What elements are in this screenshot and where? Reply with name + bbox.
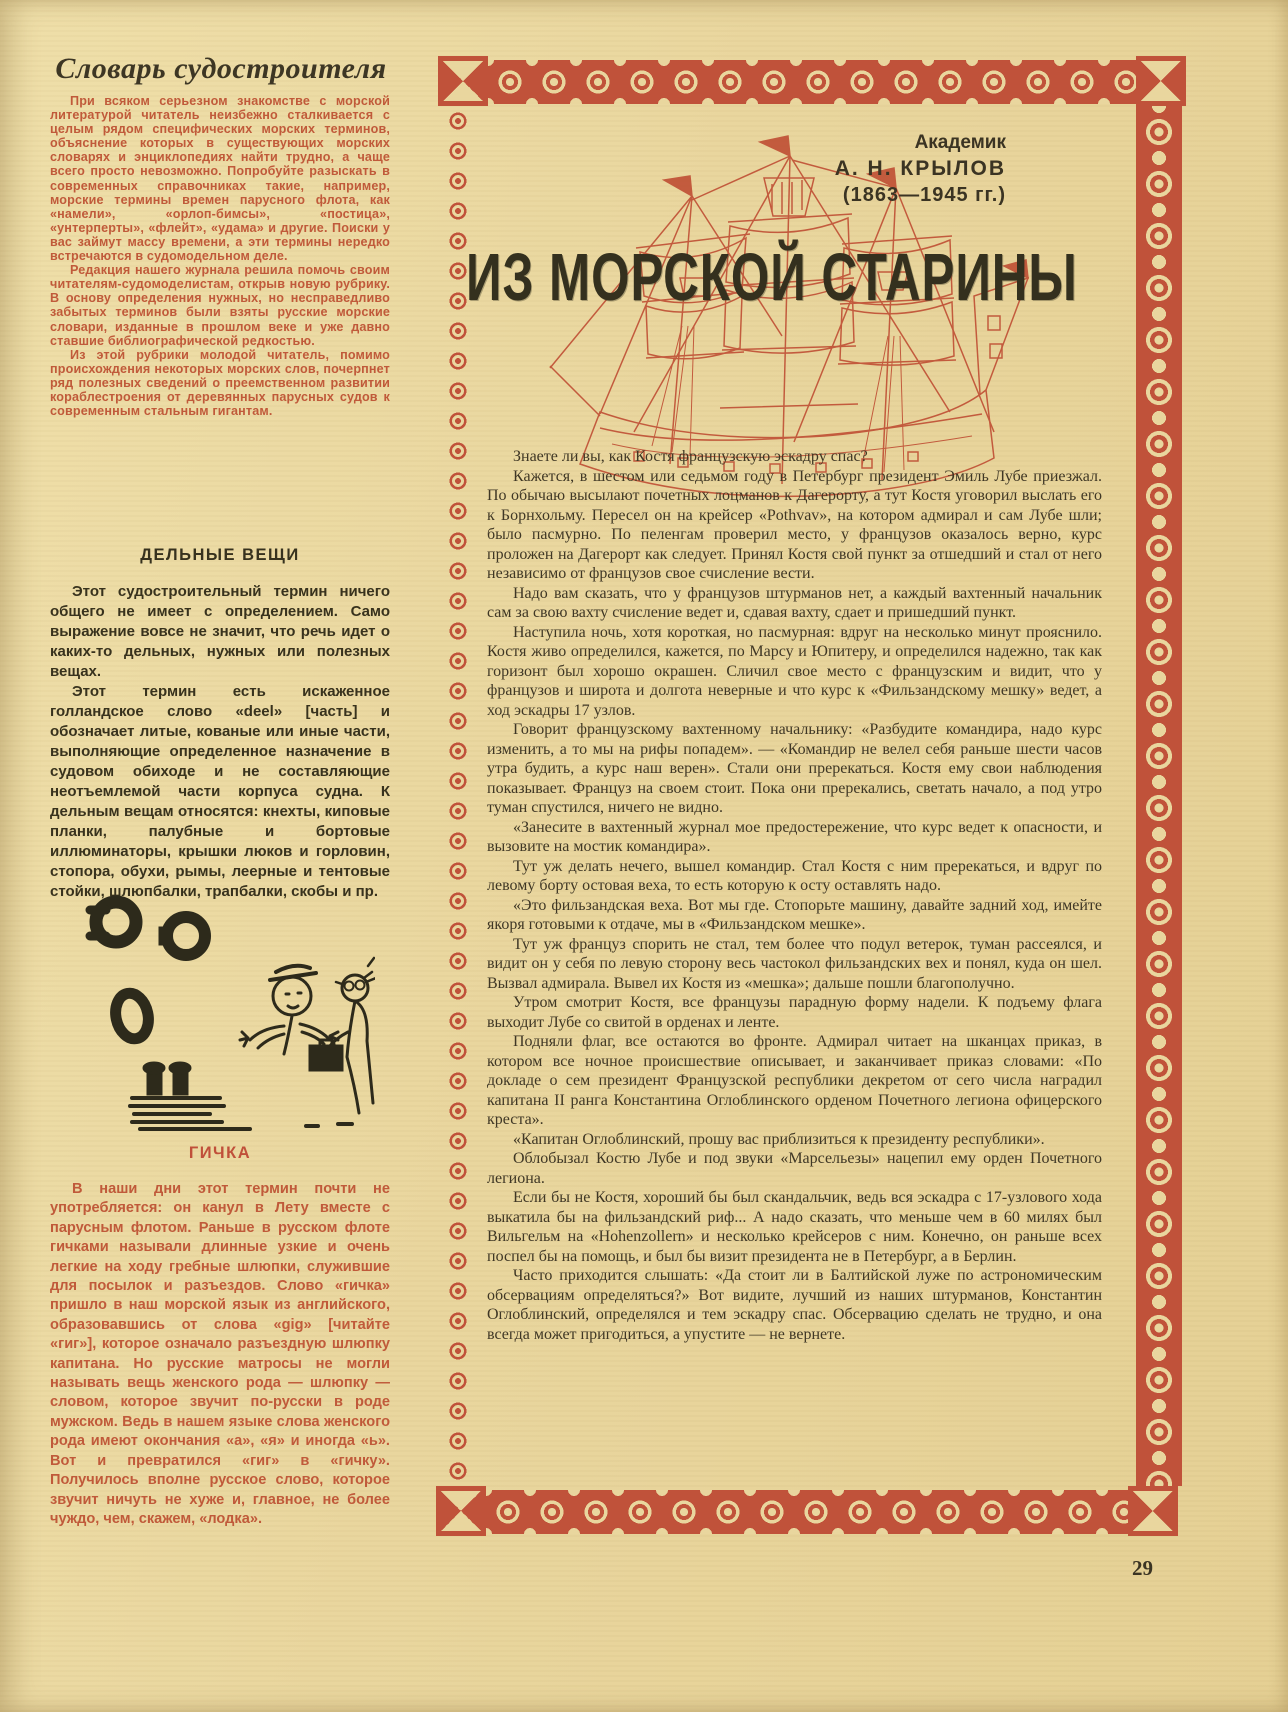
- frame-right-ornament: [1136, 106, 1182, 1486]
- intro-text: При всяком серьезном знакомстве с морско…: [50, 94, 390, 418]
- section-heading-delnye-veshchi: ДЕЛЬНЫЕ ВЕЩИ: [50, 546, 390, 565]
- paragraph: «Занесите в вахтенный журнал мое предост…: [487, 818, 1102, 857]
- article-title: ИЗ МОРСКОЙ СТАРИНЫ: [466, 240, 1017, 317]
- section-heading-gichka: ГИЧКА: [50, 1144, 390, 1163]
- paragraph: Знаете ли вы, как Костя французскую эска…: [487, 447, 1102, 467]
- paragraph: Утром смотрит Костя, все французы парадн…: [487, 993, 1102, 1032]
- column-title: Словарь судостроителя: [52, 52, 390, 86]
- author-years: (1863—1945 гг.): [640, 182, 1006, 208]
- paragraph: Этот судостроительный термин ничего обще…: [50, 582, 390, 682]
- paragraph: Из этой рубрики молодой читатель, помимо…: [50, 348, 390, 418]
- author-title: Академик: [640, 130, 1006, 156]
- frame-left-vine-ornament: [448, 106, 468, 1486]
- paragraph: Часто приходится слышать: «Да стоит ли в…: [487, 1266, 1102, 1344]
- paragraph: Облобызал Костю Лубе и под звуки «Марсел…: [487, 1149, 1102, 1188]
- paragraph: Тут уж делать нечего, вышел командир. Ст…: [487, 857, 1102, 896]
- paragraph: Говорит французскому вахтенному начальни…: [487, 720, 1102, 818]
- paragraph: Если бы не Костя, хороший бы был скандал…: [487, 1188, 1102, 1266]
- frame-corner-bottom-right-ornament: [1128, 1486, 1178, 1536]
- paragraph: Подняли флаг, все остаются во фронте. Ад…: [487, 1032, 1102, 1130]
- paragraph: «Капитан Оглоблинский, прошу вас приблиз…: [487, 1130, 1102, 1150]
- frame-corner-top-right-ornament: [1136, 56, 1186, 106]
- author-name: А. Н. КРЫЛОВ: [640, 156, 1006, 182]
- frame-corner-top-left-ornament: [438, 56, 488, 106]
- frame-bottom-ornament: [486, 1490, 1128, 1534]
- paragraph: Тут уж француз спорить не стал, тем боле…: [487, 935, 1102, 994]
- author-block: Академик А. Н. КРЫЛОВ (1863—1945 гг.): [640, 130, 1006, 208]
- section-text-delnye-veshchi: Этот судостроительный термин ничего обще…: [50, 582, 390, 902]
- magazine-page: Словарь судостроителя При всяком серьезн…: [0, 0, 1288, 1712]
- paragraph: «Это фильзандская веха. Вот мы где. Стоп…: [487, 896, 1102, 935]
- article-body: Знаете ли вы, как Костя французскую эска…: [487, 447, 1102, 1344]
- paragraph: Редакция нашего журнала решила помочь св…: [50, 263, 390, 348]
- page-number: 29: [1132, 1556, 1153, 1581]
- frame-corner-bottom-left-ornament: [436, 1486, 486, 1536]
- paragraph: Наступила ночь, хотя короткая, но пасмур…: [487, 623, 1102, 721]
- section-text-gichka: В наши дни этот термин почти не употребл…: [50, 1180, 390, 1529]
- paragraph: Надо вам сказать, что у французов штурма…: [487, 584, 1102, 623]
- frame-top-ornament: [488, 60, 1136, 104]
- paragraph: При всяком серьезном знакомстве с морско…: [50, 94, 390, 263]
- paragraph: В наши дни этот термин почти не употребл…: [50, 1180, 390, 1529]
- paragraph: Кажется, в шестом или седьмом году в Пет…: [487, 467, 1102, 584]
- paragraph: Этот термин есть искаженное голландское …: [50, 682, 390, 902]
- cartoon-illustration: [70, 880, 375, 1132]
